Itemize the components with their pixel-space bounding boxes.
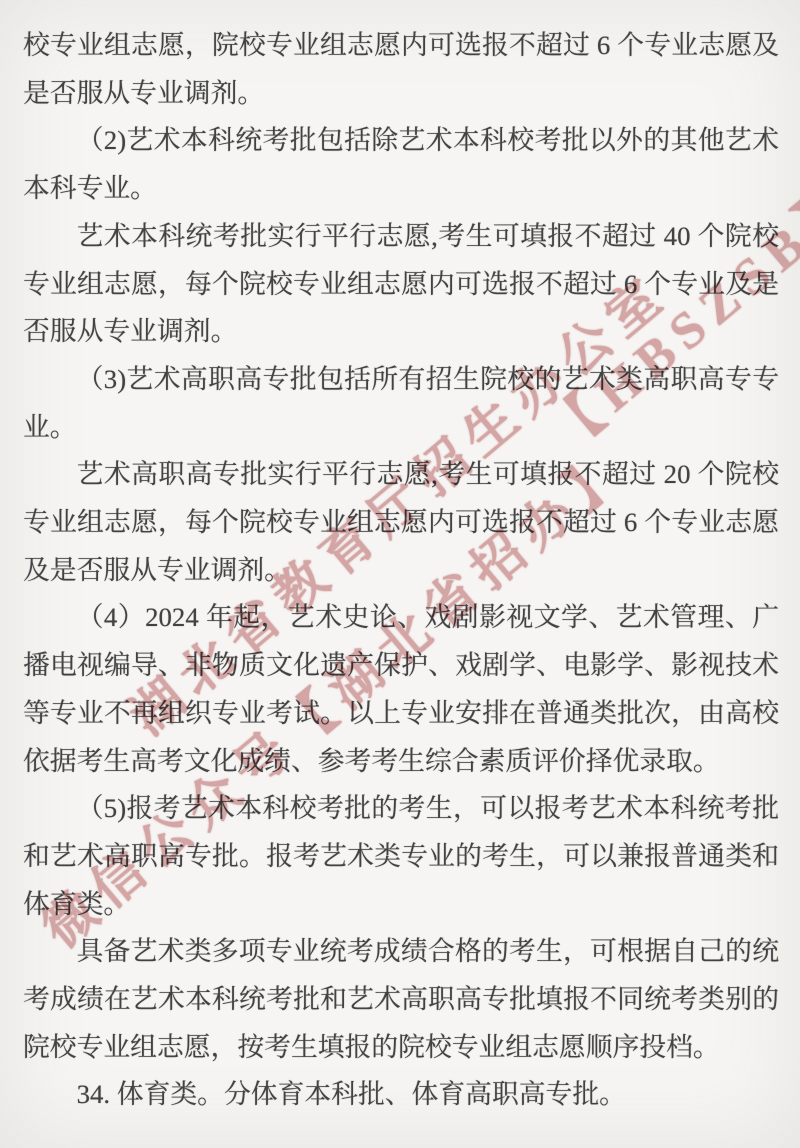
paragraph: （5)报考艺术本科校考批的考生，可以报考艺术本科统考批和艺术高职高专批。报考艺术… — [23, 785, 779, 928]
paragraph: 具备艺术类多项专业统考成绩合格的考生，可根据自己的统考成绩在艺术本科统考批和艺术… — [23, 928, 779, 1071]
paragraph: 艺术本科统考批实行平行志愿,考生可填报不超过 40 个院校专业组志愿，每个院校专… — [23, 213, 779, 356]
paragraph: 校专业组志愿，院校专业组志愿内可选报不超过 6 个专业志愿及是否服从专业调剂。 — [23, 22, 779, 117]
document-body: 校专业组志愿，院校专业组志愿内可选报不超过 6 个专业志愿及是否服从专业调剂。（… — [23, 22, 779, 1119]
paragraph: （4）2024 年起，艺术史论、戏剧影视文学、艺术管理、广播电视编导、非物质文化… — [23, 594, 779, 785]
document-page: 校专业组志愿，院校专业组志愿内可选报不超过 6 个专业志愿及是否服从专业调剂。（… — [0, 0, 800, 1148]
paragraph: （3)艺术高职高专批包括所有招生院校的艺术类高职高专专业。 — [23, 356, 779, 451]
paragraph: 34. 体育类。分体育本科批、体育高职高专批。 — [23, 1071, 779, 1119]
paragraph: （2)艺术本科统考批包括除艺术本科校考批以外的其他艺术本科专业。 — [23, 117, 779, 212]
paragraph: 艺术高职高专批实行平行志愿,考生可填报不超过 20 个院校专业组志愿，每个院校专… — [23, 451, 779, 594]
